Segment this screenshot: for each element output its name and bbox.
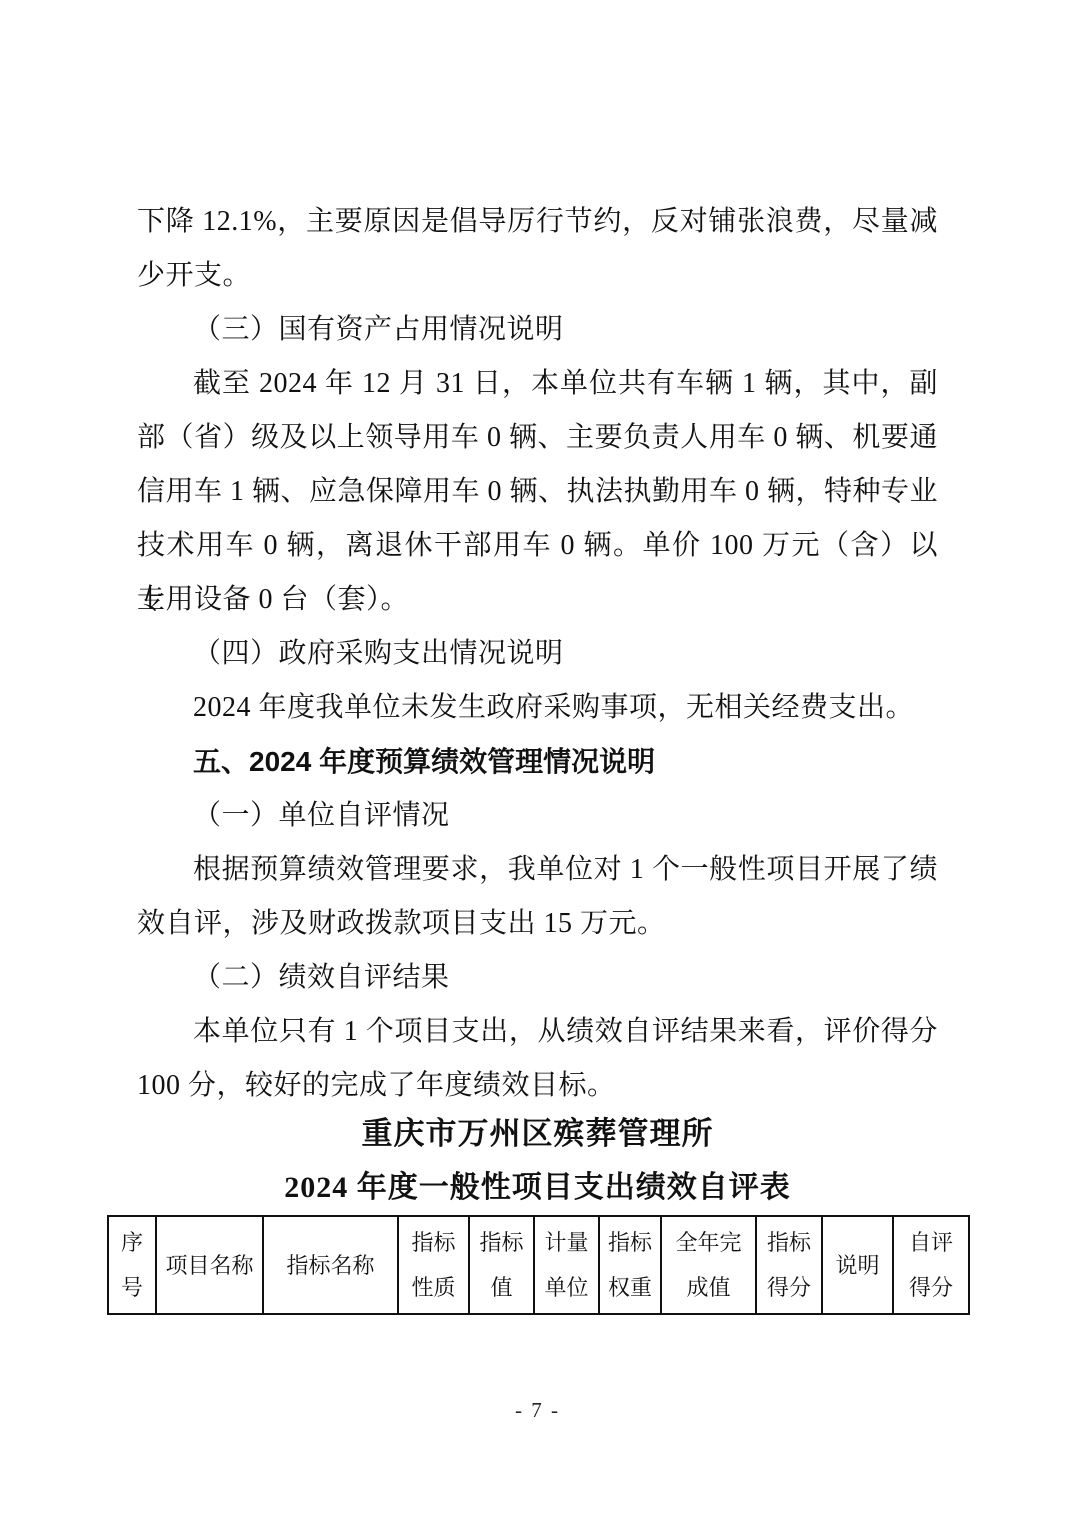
body-line: 下降 12.1%，主要原因是倡导厉行节约，反对铺张浪费，尽量减 [137,195,938,249]
body-line: 部（省）级及以上领导用车 0 辆、主要负责人用车 0 辆、机要通 [137,411,938,465]
body-line: 专用设备 0 台（套）。 [137,573,938,627]
table-header-cell-indicator-name: 指标名称 [263,1216,398,1314]
heading-section-4: （四）政府采购支出情况说明 [137,627,938,681]
body-line: 少开支。 [137,249,938,303]
table-header-cell-indicator-value: 指标 值 [469,1216,534,1314]
body-line: 信用车 1 辆、应急保障用车 0 辆、执法执勤用车 0 辆，特种专业 [137,465,938,519]
table-header-cell-seq: 序 号 [108,1216,156,1314]
page-number: - 7 - [0,1398,1075,1423]
heading-section-3: （三）国有资产占用情况说明 [137,303,938,357]
body-line: 100 分，较好的完成了年度绩效目标。 [137,1059,938,1113]
table-title: 重庆市万州区殡葬管理所 [137,1113,938,1155]
table-header-cell-weight: 指标 权重 [599,1216,661,1314]
table-header-cell-note: 说明 [822,1216,893,1314]
document-page: 下降 12.1%，主要原因是倡导厉行节约，反对铺张浪费，尽量减 少开支。 （三）… [0,0,1075,1520]
heading-subsection-2: （二）绩效自评结果 [137,951,938,1005]
self-evaluation-table: 序 号 项目名称 指标名称 指标 性质 指标 值 计量 单位 指标 权重 全年完… [107,1215,970,1315]
table-header-cell-indicator-nature: 指标 性质 [398,1216,469,1314]
table-header-cell-self-score: 自评 得分 [893,1216,969,1314]
table-header-cell-project-name: 项目名称 [156,1216,263,1314]
table-header-cell-indicator-score: 指标 得分 [756,1216,822,1314]
body-line: 本单位只有 1 个项目支出，从绩效自评结果来看，评价得分 [137,1005,938,1059]
table-subtitle: 2024 年度一般性项目支出绩效自评表 [137,1161,938,1215]
body-line: 截至 2024 年 12 月 31 日，本单位共有车辆 1 辆，其中，副 [137,357,938,411]
document-body: 下降 12.1%，主要原因是倡导厉行节约，反对铺张浪费，尽量减 少开支。 （三）… [137,195,938,1315]
table-header-cell-unit: 计量 单位 [534,1216,599,1314]
body-line: 技术用车 0 辆，离退休干部用车 0 辆。单价 100 万元（含）以上 [137,519,938,573]
body-line: 效自评，涉及财政拨款项目支出 15 万元。 [137,897,938,951]
table-header-row: 序 号 项目名称 指标名称 指标 性质 指标 值 计量 单位 指标 权重 全年完… [108,1216,969,1314]
heading-section-5: 五、2024 年度预算绩效管理情况说明 [137,735,938,789]
heading-subsection-1: （一）单位自评情况 [137,789,938,843]
body-line: 2024 年度我单位未发生政府采购事项，无相关经费支出。 [137,681,938,735]
body-line: 根据预算绩效管理要求，我单位对 1 个一般性项目开展了绩 [137,843,938,897]
table-header-cell-annual-value: 全年完 成值 [661,1216,756,1314]
